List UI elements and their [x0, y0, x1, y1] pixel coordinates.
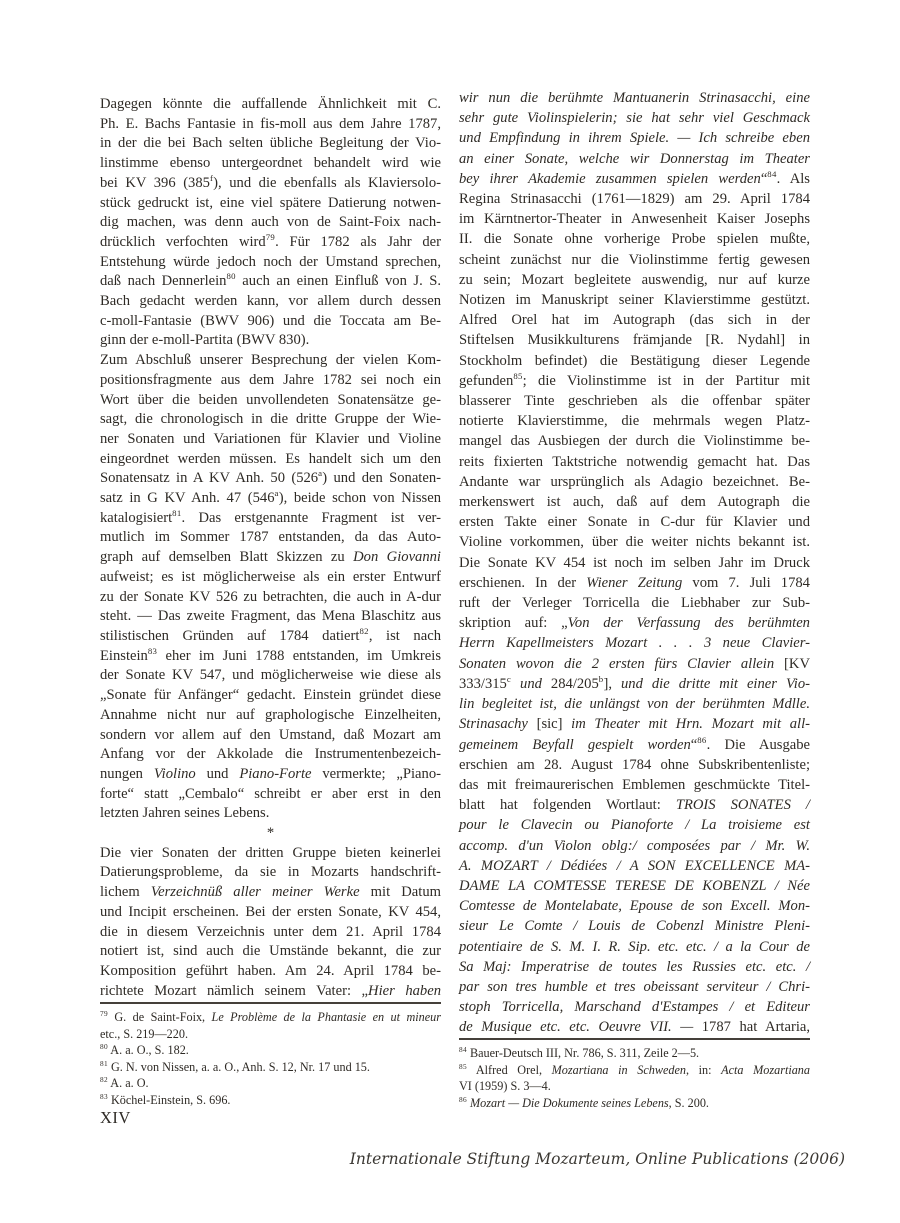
text-line: Sonaten wovon die 2 ersten fürs Clavier …	[459, 654, 810, 674]
text-line: die in diesem Verzeichnis unter dem 21. …	[100, 923, 441, 943]
footnote-rule-left	[100, 1002, 441, 1004]
text-line: Violine vorkommen, über die weiter nicht…	[459, 532, 810, 552]
text-line: Sonatensatz in A KV Anh. 50 (526a) und d…	[100, 469, 441, 489]
text-line: sagt, die chronologisch in die dritte Gr…	[100, 410, 441, 430]
text-line: graph auf demselben Blatt Skizzen zu Don…	[100, 548, 441, 568]
text-line: potentiaire de S. M. I. R. Sip. etc. etc…	[459, 937, 810, 957]
text-line: Einstein83 eher im Juni 1788 entstanden,…	[100, 647, 441, 667]
text-line: Notizen im Manuskript seiner Klavierstim…	[459, 290, 810, 310]
text-line: sehr gute Violinspielerin; sie hat sehr …	[459, 108, 810, 128]
left-text-column: Dagegen könnte die auffallende Ähnlichke…	[100, 95, 441, 1001]
text-line: Bach gedacht werden kann, vor allem durc…	[100, 292, 441, 312]
text-line: notierte Klavierstimme, die mehrmals weg…	[459, 411, 810, 431]
text-line: etc., S. 219—220.	[100, 1026, 441, 1043]
text-line: zu sein; Mozart begleitete auswendig, nu…	[459, 270, 810, 290]
text-line: katalogisiert81. Das erstgenannte Fragme…	[100, 509, 441, 529]
text-line: Anfang vor der Akkolade die Instrumenten…	[100, 745, 441, 765]
text-line: Regina Strinasacchi (1761—1829) am 29. A…	[459, 189, 810, 209]
text-line: mangel das Ausbiegen der durch die Violi…	[459, 431, 810, 451]
text-line: Strinasachy [sic] im Theater mit Hrn. Mo…	[459, 714, 810, 734]
text-line: erschienen. In der Wiener Zeitung vom 7.…	[459, 573, 810, 593]
text-line: 333/315c und 284/205b], und die dritte m…	[459, 674, 810, 694]
text-line: „Sonate für Anfänger“ gedacht. Einstein …	[100, 686, 441, 706]
text-line: 82 A. a. O.	[100, 1075, 441, 1092]
text-line: Herrn Kapellmeisters Mozart . . . 3 neue…	[459, 633, 810, 653]
text-line: daß nach Dennerlein80 auch an einen Einf…	[100, 272, 441, 292]
text-line: par son tres humble et tres obeissant se…	[459, 977, 810, 997]
text-line: Die vier Sonaten der dritten Gruppe biet…	[100, 844, 441, 864]
text-line: skription auf: „Von der Verfassung des b…	[459, 613, 810, 633]
text-line: 85 Alfred Orel, Mozartiana in Schweden, …	[459, 1062, 810, 1079]
text-line: Alfred Orel hat im Autograph (das sich i…	[459, 310, 810, 330]
text-line: 84 Bauer-Deutsch III, Nr. 786, S. 311, Z…	[459, 1045, 810, 1062]
text-line: letzten Jahren seines Lebens.	[100, 804, 441, 824]
text-line: Zum Abschluß unserer Besprechung der vie…	[100, 351, 441, 371]
text-line: drücklich verfochten wird79. Für 1782 al…	[100, 233, 441, 253]
text-line: II. die Sonate ohne vorherige Probe spie…	[459, 229, 810, 249]
text-line: Stiftelsen Musikkulturens främjande [R. …	[459, 330, 810, 350]
text-line: bey ihrer Akademie zusammen spielen werd…	[459, 169, 810, 189]
text-line: eingeordnet werden müssen. Es handelt si…	[100, 450, 441, 470]
text-line: ginn der e-moll-Partita (BWV 830).	[100, 331, 441, 351]
text-line: das mit freimaurerischen Emblemen geschm…	[459, 775, 810, 795]
text-line: Stockholm befindet) die Bestätigung dies…	[459, 351, 810, 371]
text-line: linstimme ebenso untergeordnet behandelt…	[100, 154, 441, 174]
text-line: 86 Mozart — Die Dokumente seines Lebens,…	[459, 1095, 810, 1112]
text-line: Sa Maj: Imperatrise de toutes les Russie…	[459, 957, 810, 977]
text-line: an einer Sonate, welche wir Donnerstag i…	[459, 149, 810, 169]
text-line: sondern vor allem auf den Umstand, daß M…	[100, 726, 441, 746]
text-line: de Musique etc. etc. Oeuvre VII. — 1787 …	[459, 1017, 810, 1037]
text-line: DAME LA COMTESSE TERESE DE KOBENZL / Née	[459, 876, 810, 896]
text-line: Komposition geführt haben. Am 24. April …	[100, 962, 441, 982]
text-line: und Empfindung in ihrem Spiele. — Ich sc…	[459, 128, 810, 148]
text-line: bei KV 396 (385f), und die ebenfalls als…	[100, 174, 441, 194]
text-line: Andante war ursprünglich als Adagio beze…	[459, 472, 810, 492]
text-line: richtete Mozart nämlich seinem Vater: „H…	[100, 982, 441, 1002]
text-line: blasserer Tinte geschrieben als die offe…	[459, 391, 810, 411]
text-line: A. MOZART / Dédiées / A SON EXCELLENCE M…	[459, 856, 810, 876]
text-line: 83 Köchel-Einstein, S. 696.	[100, 1092, 441, 1109]
text-line: blatt hat folgenden Wortlaut: TROIS SONA…	[459, 795, 810, 815]
text-line: zu der Sonate KV 526 zu betrachten, die …	[100, 588, 441, 608]
text-line: und Incipit erscheinen. Bei der ersten S…	[100, 903, 441, 923]
text-line: Dagegen könnte die auffallende Ähnlichke…	[100, 95, 441, 115]
text-line: satz in G KV Anh. 47 (546a), beide schon…	[100, 489, 441, 509]
page-number: XIV	[100, 1108, 131, 1128]
text-line: reits fixierten Taktstriche notwendig ge…	[459, 452, 810, 472]
text-line: stilistischen Gründen auf 1784 datiert82…	[100, 627, 441, 647]
footnotes-right: 84 Bauer-Deutsch III, Nr. 786, S. 311, Z…	[459, 1045, 810, 1111]
text-line: accomp. d'un Violon oblg:/ composées par…	[459, 836, 810, 856]
text-line: Wort über die beiden unvollendeten Sonat…	[100, 391, 441, 411]
text-line: nungen Violino und Piano-Forte vermerkte…	[100, 765, 441, 785]
text-line: Entstehung würde jedoch noch der Umstand…	[100, 253, 441, 273]
text-line: mutlich im Sommer 1787 entstanden, da da…	[100, 528, 441, 548]
text-line: in der die bei Bach selten übliche Begle…	[100, 134, 441, 154]
text-line: c-moll-Fantasie (BWV 906) und die Toccat…	[100, 312, 441, 332]
text-line: merkenswert ist auch, daß auf dem Autogr…	[459, 492, 810, 512]
text-line: lin begleitet ist, die unlängst von der …	[459, 694, 810, 714]
footnotes-left: 79 G. de Saint-Foix, Le Problème de la P…	[100, 1009, 441, 1109]
text-line: Datierungsprobleme, da sie in Mozarts ha…	[100, 863, 441, 883]
text-line: dig machen, was denn auch von de Saint-F…	[100, 213, 441, 233]
text-line: 80 A. a. O., S. 182.	[100, 1042, 441, 1059]
publication-footer: Internationale Stiftung Mozarteum, Onlin…	[0, 1150, 845, 1168]
text-line: VI (1959) S. 3—4.	[459, 1078, 810, 1095]
right-text-column: wir nun die berühmte Mantuanerin Strinas…	[459, 88, 810, 1038]
text-line: stück gedruckt ist, eine viel spätere Da…	[100, 194, 441, 214]
text-line: ersten Takte einer Sonate in C-dur für K…	[459, 512, 810, 532]
text-line: 81 G. N. von Nissen, a. a. O., Anh. S. 1…	[100, 1059, 441, 1076]
text-line: steht. — Das zweite Fragment, das Mena B…	[100, 607, 441, 627]
text-line: pour le Clavecin ou Pianoforte / La troi…	[459, 815, 810, 835]
section-separator: *	[100, 824, 441, 844]
text-line: stoph Torricella, Marschand d'Estampes /…	[459, 997, 810, 1017]
text-line: scheint zunächst nur die Violinstimme fe…	[459, 250, 810, 270]
text-line: Comtesse de Montelabate, Epouse de son E…	[459, 896, 810, 916]
text-line: ruft der Verleger Torricella die Liebhab…	[459, 593, 810, 613]
text-line: positionsfragmente aus dem Jahre 1782 se…	[100, 371, 441, 391]
text-line: im Kärntnertor-Theater in Anwesenheit Ka…	[459, 209, 810, 229]
text-line: aufweist; es ist möglicherweise als ein …	[100, 568, 441, 588]
book-page: Dagegen könnte die auffallende Ähnlichke…	[0, 0, 900, 1223]
footnote-rule-right	[459, 1038, 810, 1040]
text-line: lichem Verzeichnüß aller meiner Werke mi…	[100, 883, 441, 903]
text-line: erschien am 28. August 1784 ohne Subskri…	[459, 755, 810, 775]
text-line: 79 G. de Saint-Foix, Le Problème de la P…	[100, 1009, 441, 1026]
text-line: gemeinem Beyfall gespielt worden“86. Die…	[459, 735, 810, 755]
text-line: forte“ statt „Cembalo“ schreibt er aber …	[100, 785, 441, 805]
text-line: notiert ist, sind auch die Umstände beka…	[100, 942, 441, 962]
text-line: ner Sonaten und Variationen für Klavier …	[100, 430, 441, 450]
text-line: Annahme nicht nur auf graphologische Ein…	[100, 706, 441, 726]
text-line: der Sonate KV 547, und möglicherweise wi…	[100, 666, 441, 686]
text-line: Ph. E. Bachs Fantasie in fis-moll aus de…	[100, 115, 441, 135]
text-line: gefunden85; die Violinstimme ist in der …	[459, 371, 810, 391]
text-line: sieur Le Comte / Louis de Cobenzl Minist…	[459, 916, 810, 936]
text-line: Die Sonate KV 454 ist noch im selben Jah…	[459, 553, 810, 573]
text-line: wir nun die berühmte Mantuanerin Strinas…	[459, 88, 810, 108]
